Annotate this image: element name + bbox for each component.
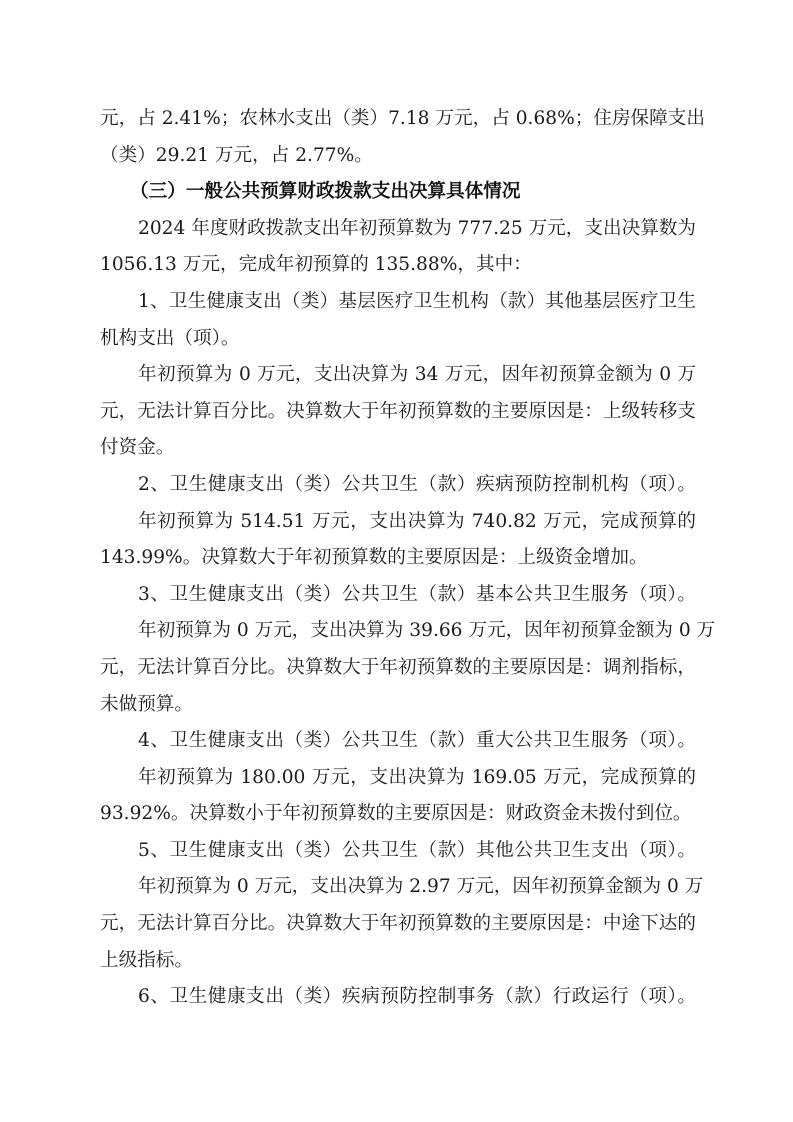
item-title-line: 6、卫生健康支出（类）疾病预防控制事务（款）行政运行（项）。 xyxy=(100,979,696,1016)
item-title-line: 5、卫生健康支出（类）公共卫生（款）其他公共卫生支出（项）。 xyxy=(100,833,696,870)
item-body-line: 未做预算。 xyxy=(100,687,696,724)
summary-line: 2024 年度财政拨款支出年初预算数为 777.25 万元，支出决算数为 xyxy=(100,211,696,248)
item-body-line: 元，无法计算百分比。决算数大于年初预算数的主要原因是：调剂指标， xyxy=(100,650,696,687)
item-body-line: 元，无法计算百分比。决算数大于年初预算数的主要原因是：中途下达的 xyxy=(100,906,696,943)
item-body-line: 年初预算为 0 万元，支出决算为 39.66 万元，因年初预算金额为 0 万 xyxy=(100,613,696,650)
item-title-line: 机构支出（项）。 xyxy=(100,321,696,358)
item-title-line: 4、卫生健康支出（类）公共卫生（款）重大公共卫生服务（项）。 xyxy=(100,723,696,760)
item-body-line: 上级指标。 xyxy=(100,943,696,980)
item-body-line: 93.92%。决算数小于年初预算数的主要原因是：财政资金未拨付到位。 xyxy=(100,796,696,833)
section-heading: （三）一般公共预算财政拨款支出决算具体情况 xyxy=(100,174,696,211)
item-body-line: 年初预算为 0 万元，支出决算为 34 万元，因年初预算金额为 0 万 xyxy=(100,357,696,394)
item-title-line: 1、卫生健康支出（类）基层医疗卫生机构（款）其他基层医疗卫生 xyxy=(100,284,696,321)
summary-line: 1056.13 万元，完成年初预算的 135.88%，其中： xyxy=(100,247,696,284)
item-title-line: 3、卫生健康支出（类）公共卫生（款）基本公共卫生服务（项）。 xyxy=(100,577,696,614)
item-title-line: 2、卫生健康支出（类）公共卫生（款）疾病预防控制机构（项）。 xyxy=(100,467,696,504)
item-body-line: 付资金。 xyxy=(100,430,696,467)
item-body-line: 年初预算为 180.00 万元，支出决算为 169.05 万元，完成预算的 xyxy=(100,760,696,797)
paragraph-line: （类）29.21 万元，占 2.77%。 xyxy=(100,138,696,175)
document-page: 元，占 2.41%；农林水支出（类）7.18 万元，占 0.68%；住房保障支出… xyxy=(100,101,696,1016)
item-body-line: 元，无法计算百分比。决算数大于年初预算数的主要原因是：上级转移支 xyxy=(100,394,696,431)
item-body-line: 年初预算为 514.51 万元，支出决算为 740.82 万元，完成预算的 xyxy=(100,504,696,541)
item-body-line: 143.99%。决算数大于年初预算数的主要原因是：上级资金增加。 xyxy=(100,540,696,577)
item-body-line: 年初预算为 0 万元，支出决算为 2.97 万元，因年初预算金额为 0 万 xyxy=(100,869,696,906)
paragraph-line: 元，占 2.41%；农林水支出（类）7.18 万元，占 0.68%；住房保障支出 xyxy=(100,101,696,138)
